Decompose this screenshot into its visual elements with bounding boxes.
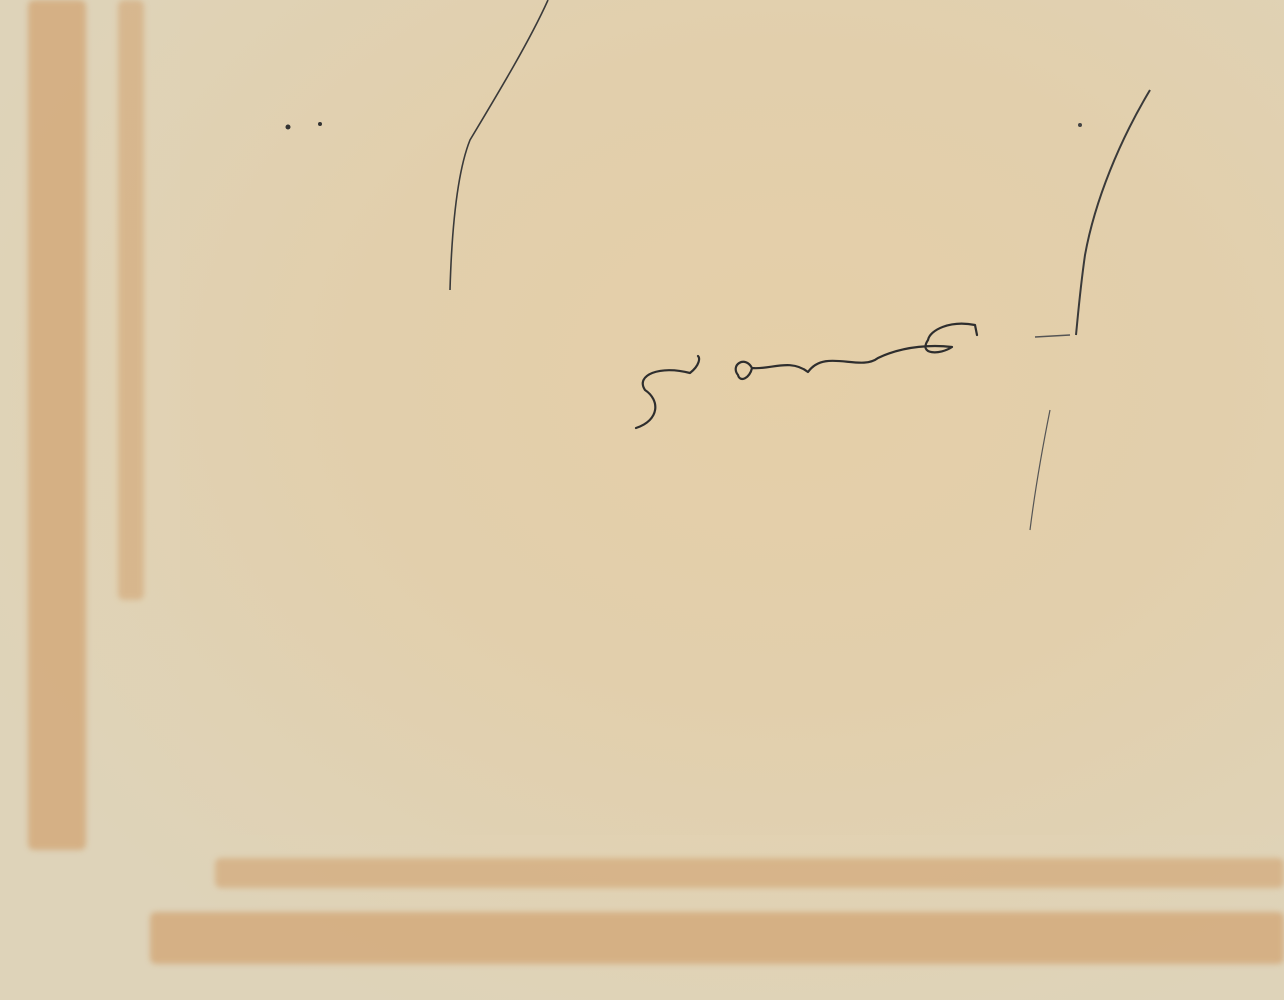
pencil-sketch: [0, 0, 1284, 1000]
